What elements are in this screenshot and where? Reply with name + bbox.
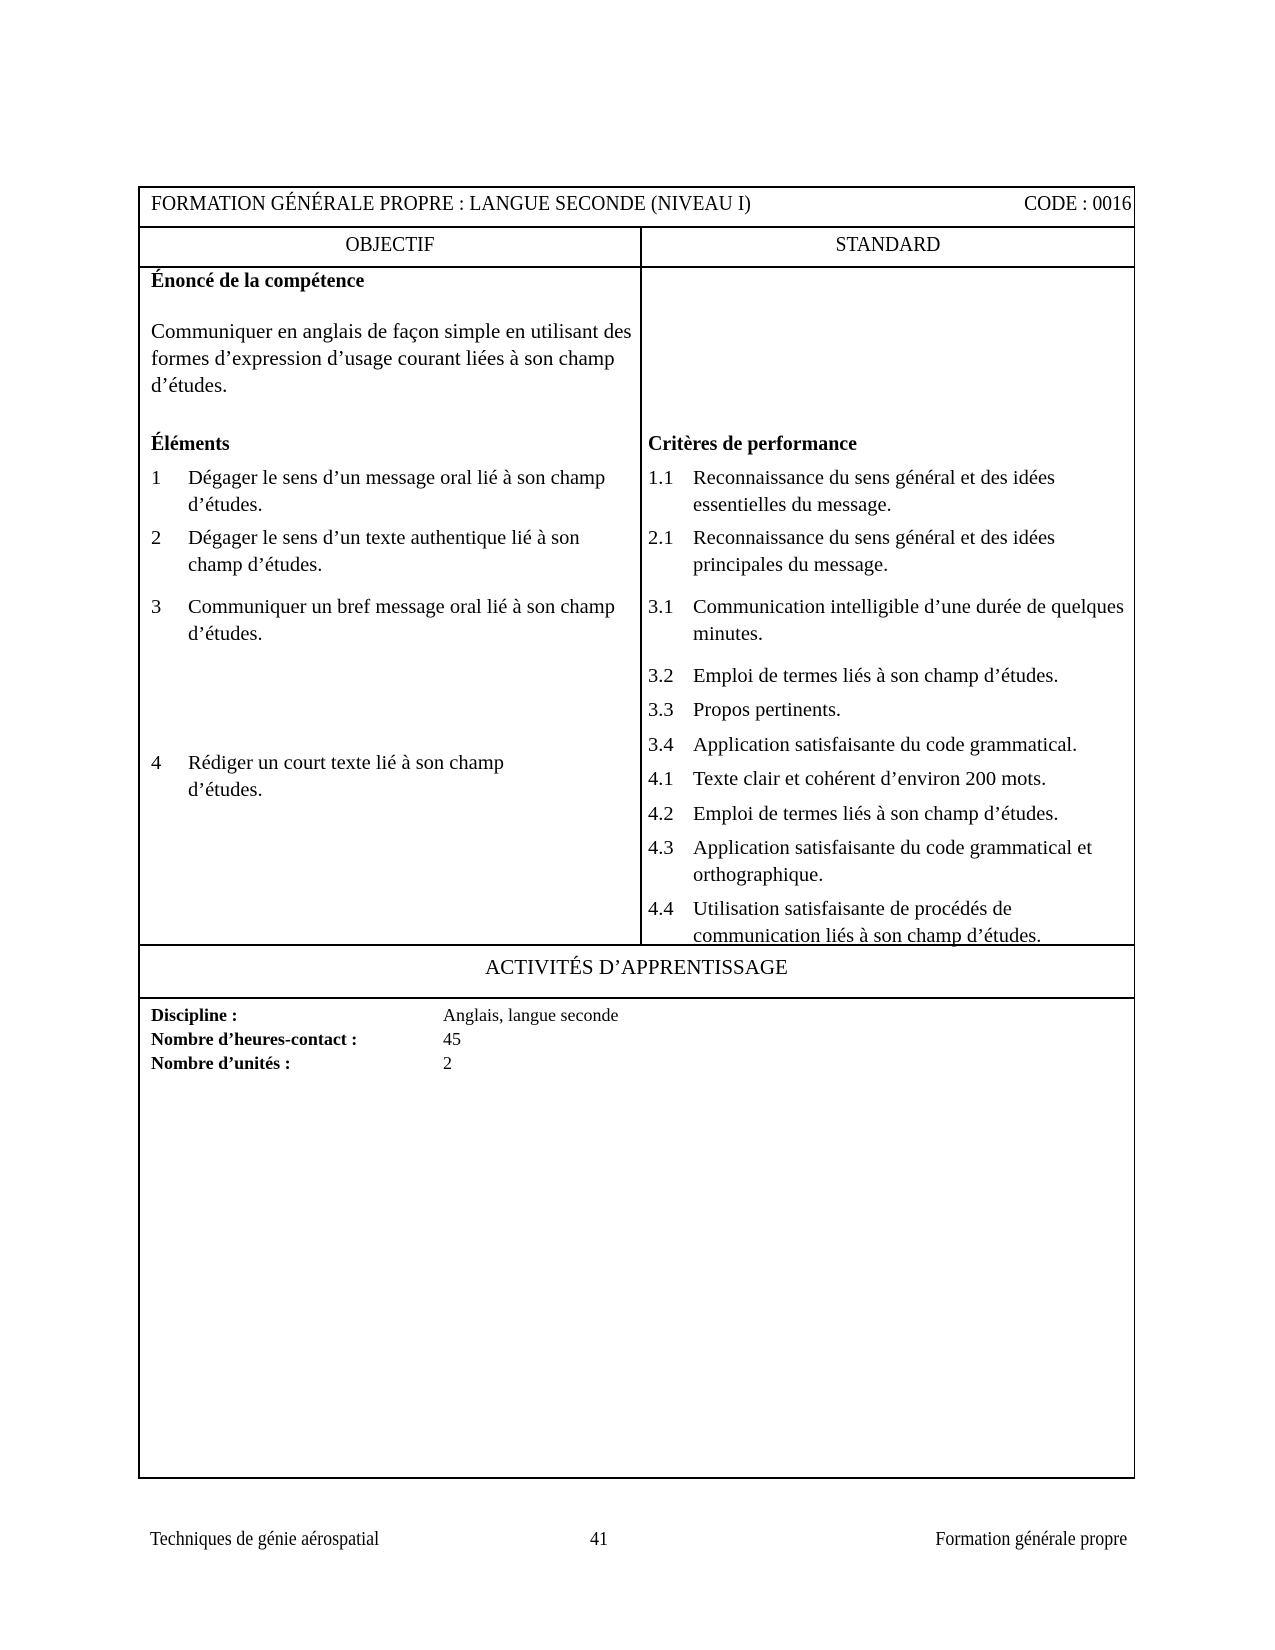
- column-header-standard: STANDARD: [658, 232, 1117, 257]
- element-item: 4 Rédiger un court texte lié à son champ…: [151, 750, 551, 803]
- criterion-item: 1.1 Reconnaissance du sens général et de…: [648, 465, 1133, 518]
- element-item: 3 Communiquer un bref message oral lié à…: [151, 594, 621, 647]
- info-value: Anglais, langue seconde: [443, 1003, 618, 1027]
- activities-heading: ACTIVITÉS D’APPRENTISSAGE: [138, 955, 1135, 980]
- criterion-text: Texte clair et cohérent d’environ 200 mo…: [693, 766, 1133, 793]
- criterion-item: 4.2 Emploi de termes liés à son champ d’…: [648, 801, 1133, 828]
- element-number: 3: [151, 594, 188, 647]
- element-text: Dégager le sens d’un message oral lié à …: [188, 465, 621, 518]
- column-header-objectif: OBJECTIF: [158, 232, 623, 257]
- criterion-number: 3.3: [648, 697, 693, 724]
- element-number: 2: [151, 525, 188, 578]
- criterion-item: 2.1 Reconnaissance du sens général et de…: [648, 525, 1133, 578]
- element-number: 4: [151, 750, 188, 803]
- criterion-item: 4.3 Application satisfaisante du code gr…: [648, 835, 1133, 888]
- info-label: Nombre d’unités :: [151, 1051, 291, 1075]
- elements-heading: Éléments: [151, 431, 230, 456]
- criterion-text: Propos pertinents.: [693, 697, 1133, 724]
- criterion-number: 4.3: [648, 835, 693, 888]
- criterion-text: Application satisfaisante du code gramma…: [693, 732, 1133, 759]
- criterion-number: 4.1: [648, 766, 693, 793]
- criterion-number: 2.1: [648, 525, 693, 578]
- criterion-text: Application satisfaisante du code gramma…: [693, 835, 1133, 888]
- element-text: Dégager le sens d’un texte authentique l…: [188, 525, 621, 578]
- element-text: Rédiger un court texte lié à son champ d…: [188, 750, 551, 803]
- element-number: 1: [151, 465, 188, 518]
- criterion-text: Utilisation satisfaisante de procédés de…: [693, 896, 1133, 949]
- activities-bottom-divider: [138, 997, 1135, 999]
- info-value: 45: [443, 1027, 461, 1051]
- footer-section-name: Formation générale propre: [935, 1528, 1127, 1551]
- criterion-text: Communication intelligible d’une durée d…: [693, 594, 1133, 647]
- criterion-item: 3.4 Application satisfaisante du code gr…: [648, 732, 1133, 759]
- element-text: Communiquer un bref message oral lié à s…: [188, 594, 621, 647]
- criteria-heading: Critères de performance: [648, 431, 857, 456]
- criterion-item: 3.2 Emploi de termes liés à son champ d’…: [648, 663, 1133, 690]
- course-code: CODE : 0016: [1024, 191, 1131, 216]
- criterion-number: 3.1: [648, 594, 693, 647]
- criterion-text: Emploi de termes liés à son champ d’étud…: [693, 801, 1133, 828]
- element-item: 2 Dégager le sens d’un texte authentique…: [151, 525, 621, 578]
- competence-statement: Communiquer en anglais de façon simple e…: [151, 318, 641, 399]
- criterion-text: Emploi de termes liés à son champ d’étud…: [693, 663, 1133, 690]
- info-label: Discipline :: [151, 1003, 238, 1027]
- competence-heading: Énoncé de la compétence: [151, 268, 364, 293]
- criterion-number: 3.4: [648, 732, 693, 759]
- element-item: 1 Dégager le sens d’un message oral lié …: [151, 465, 621, 518]
- table-title: FORMATION GÉNÉRALE PROPRE : LANGUE SECON…: [151, 191, 751, 216]
- criterion-item: 3.3 Propos pertinents.: [648, 697, 1133, 724]
- criterion-number: 4.2: [648, 801, 693, 828]
- criterion-text: Reconnaissance du sens général et des id…: [693, 465, 1133, 518]
- criterion-item: 4.4 Utilisation satisfaisante de procédé…: [648, 896, 1133, 949]
- criterion-number: 4.4: [648, 896, 693, 949]
- criterion-item: 4.1 Texte clair et cohérent d’environ 20…: [648, 766, 1133, 793]
- criterion-item: 3.1 Communication intelligible d’une dur…: [648, 594, 1133, 647]
- footer-program-name: Techniques de génie aérospatial: [150, 1528, 379, 1551]
- title-row-divider: [138, 226, 1135, 228]
- info-value: 2: [443, 1051, 452, 1075]
- info-label: Nombre d’heures-contact :: [151, 1027, 357, 1051]
- criterion-number: 3.2: [648, 663, 693, 690]
- criterion-number: 1.1: [648, 465, 693, 518]
- criterion-text: Reconnaissance du sens général et des id…: [693, 525, 1133, 578]
- page-number: 41: [590, 1528, 608, 1551]
